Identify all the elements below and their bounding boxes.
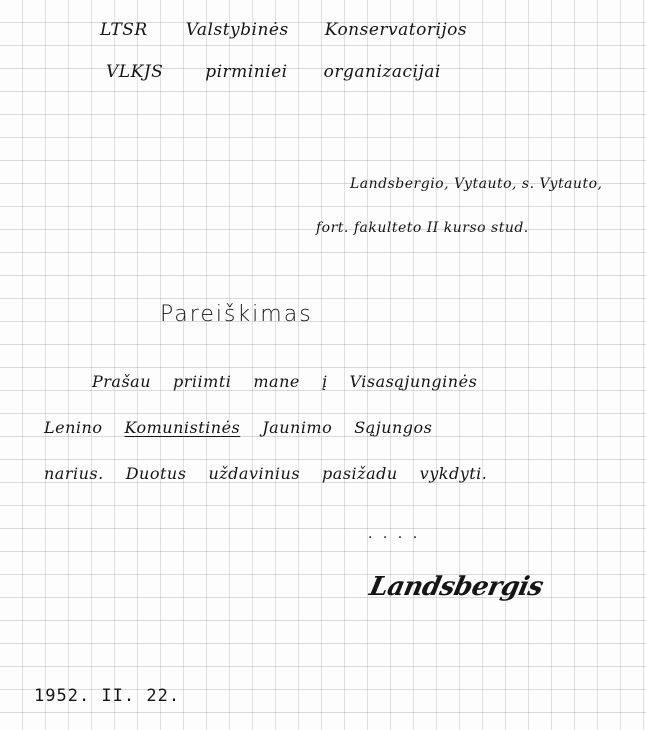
recipient-word: organizacijai	[324, 62, 441, 82]
body-word: pasižadu	[322, 464, 398, 483]
document-title: Pareiškimas	[160, 302, 313, 327]
body-word: mane	[253, 372, 299, 391]
recipient-word: Valstybinės	[186, 20, 289, 40]
body-word: į	[322, 372, 328, 391]
recipient-word: Konservatorijos	[325, 20, 467, 40]
body-word: Lenino	[44, 418, 102, 437]
body-word: narius.	[44, 464, 104, 483]
signature: Landsbergis	[367, 572, 546, 602]
body-line-1: PrašaupriimtimaneįVisasąjunginės	[92, 372, 499, 391]
recipient-line-1: LTSRValstybinėsKonservatorijos	[100, 20, 467, 40]
body-word: Visasąjunginės	[349, 372, 477, 391]
body-word: Jaunimo	[262, 418, 332, 437]
body-word: Sąjungos	[354, 418, 432, 437]
recipient-line-2: VLKJSpirminieiorganizacijai	[106, 62, 441, 82]
recipient-word: VLKJS	[106, 62, 163, 82]
body-word: vykdyti.	[420, 464, 488, 483]
ellipsis-marks: . . . .	[368, 526, 420, 542]
body-line-2: LeninoKomunistinėsJaunimoSąjungos	[44, 418, 454, 437]
body-word: Duotus	[126, 464, 187, 483]
body-word: uždavinius	[208, 464, 300, 483]
body-word: Prašau	[92, 372, 151, 391]
body-line-3: narius.Duotusuždaviniuspasižaduvykdyti.	[44, 464, 509, 483]
grid-paper-sheet: LTSRValstybinėsKonservatorijos VLKJSpirm…	[0, 0, 646, 730]
sender-line-2: fort. fakulteto II kurso stud.	[316, 220, 529, 236]
sender-line-1: Landsbergio, Vytauto, s. Vytauto,	[350, 176, 602, 192]
document-date: 1952. II. 22.	[34, 686, 180, 706]
recipient-word: LTSR	[100, 20, 148, 40]
underlined-word: Komunistinės	[124, 418, 240, 437]
body-word: priimti	[173, 372, 231, 391]
recipient-word: pirminiei	[205, 62, 287, 82]
